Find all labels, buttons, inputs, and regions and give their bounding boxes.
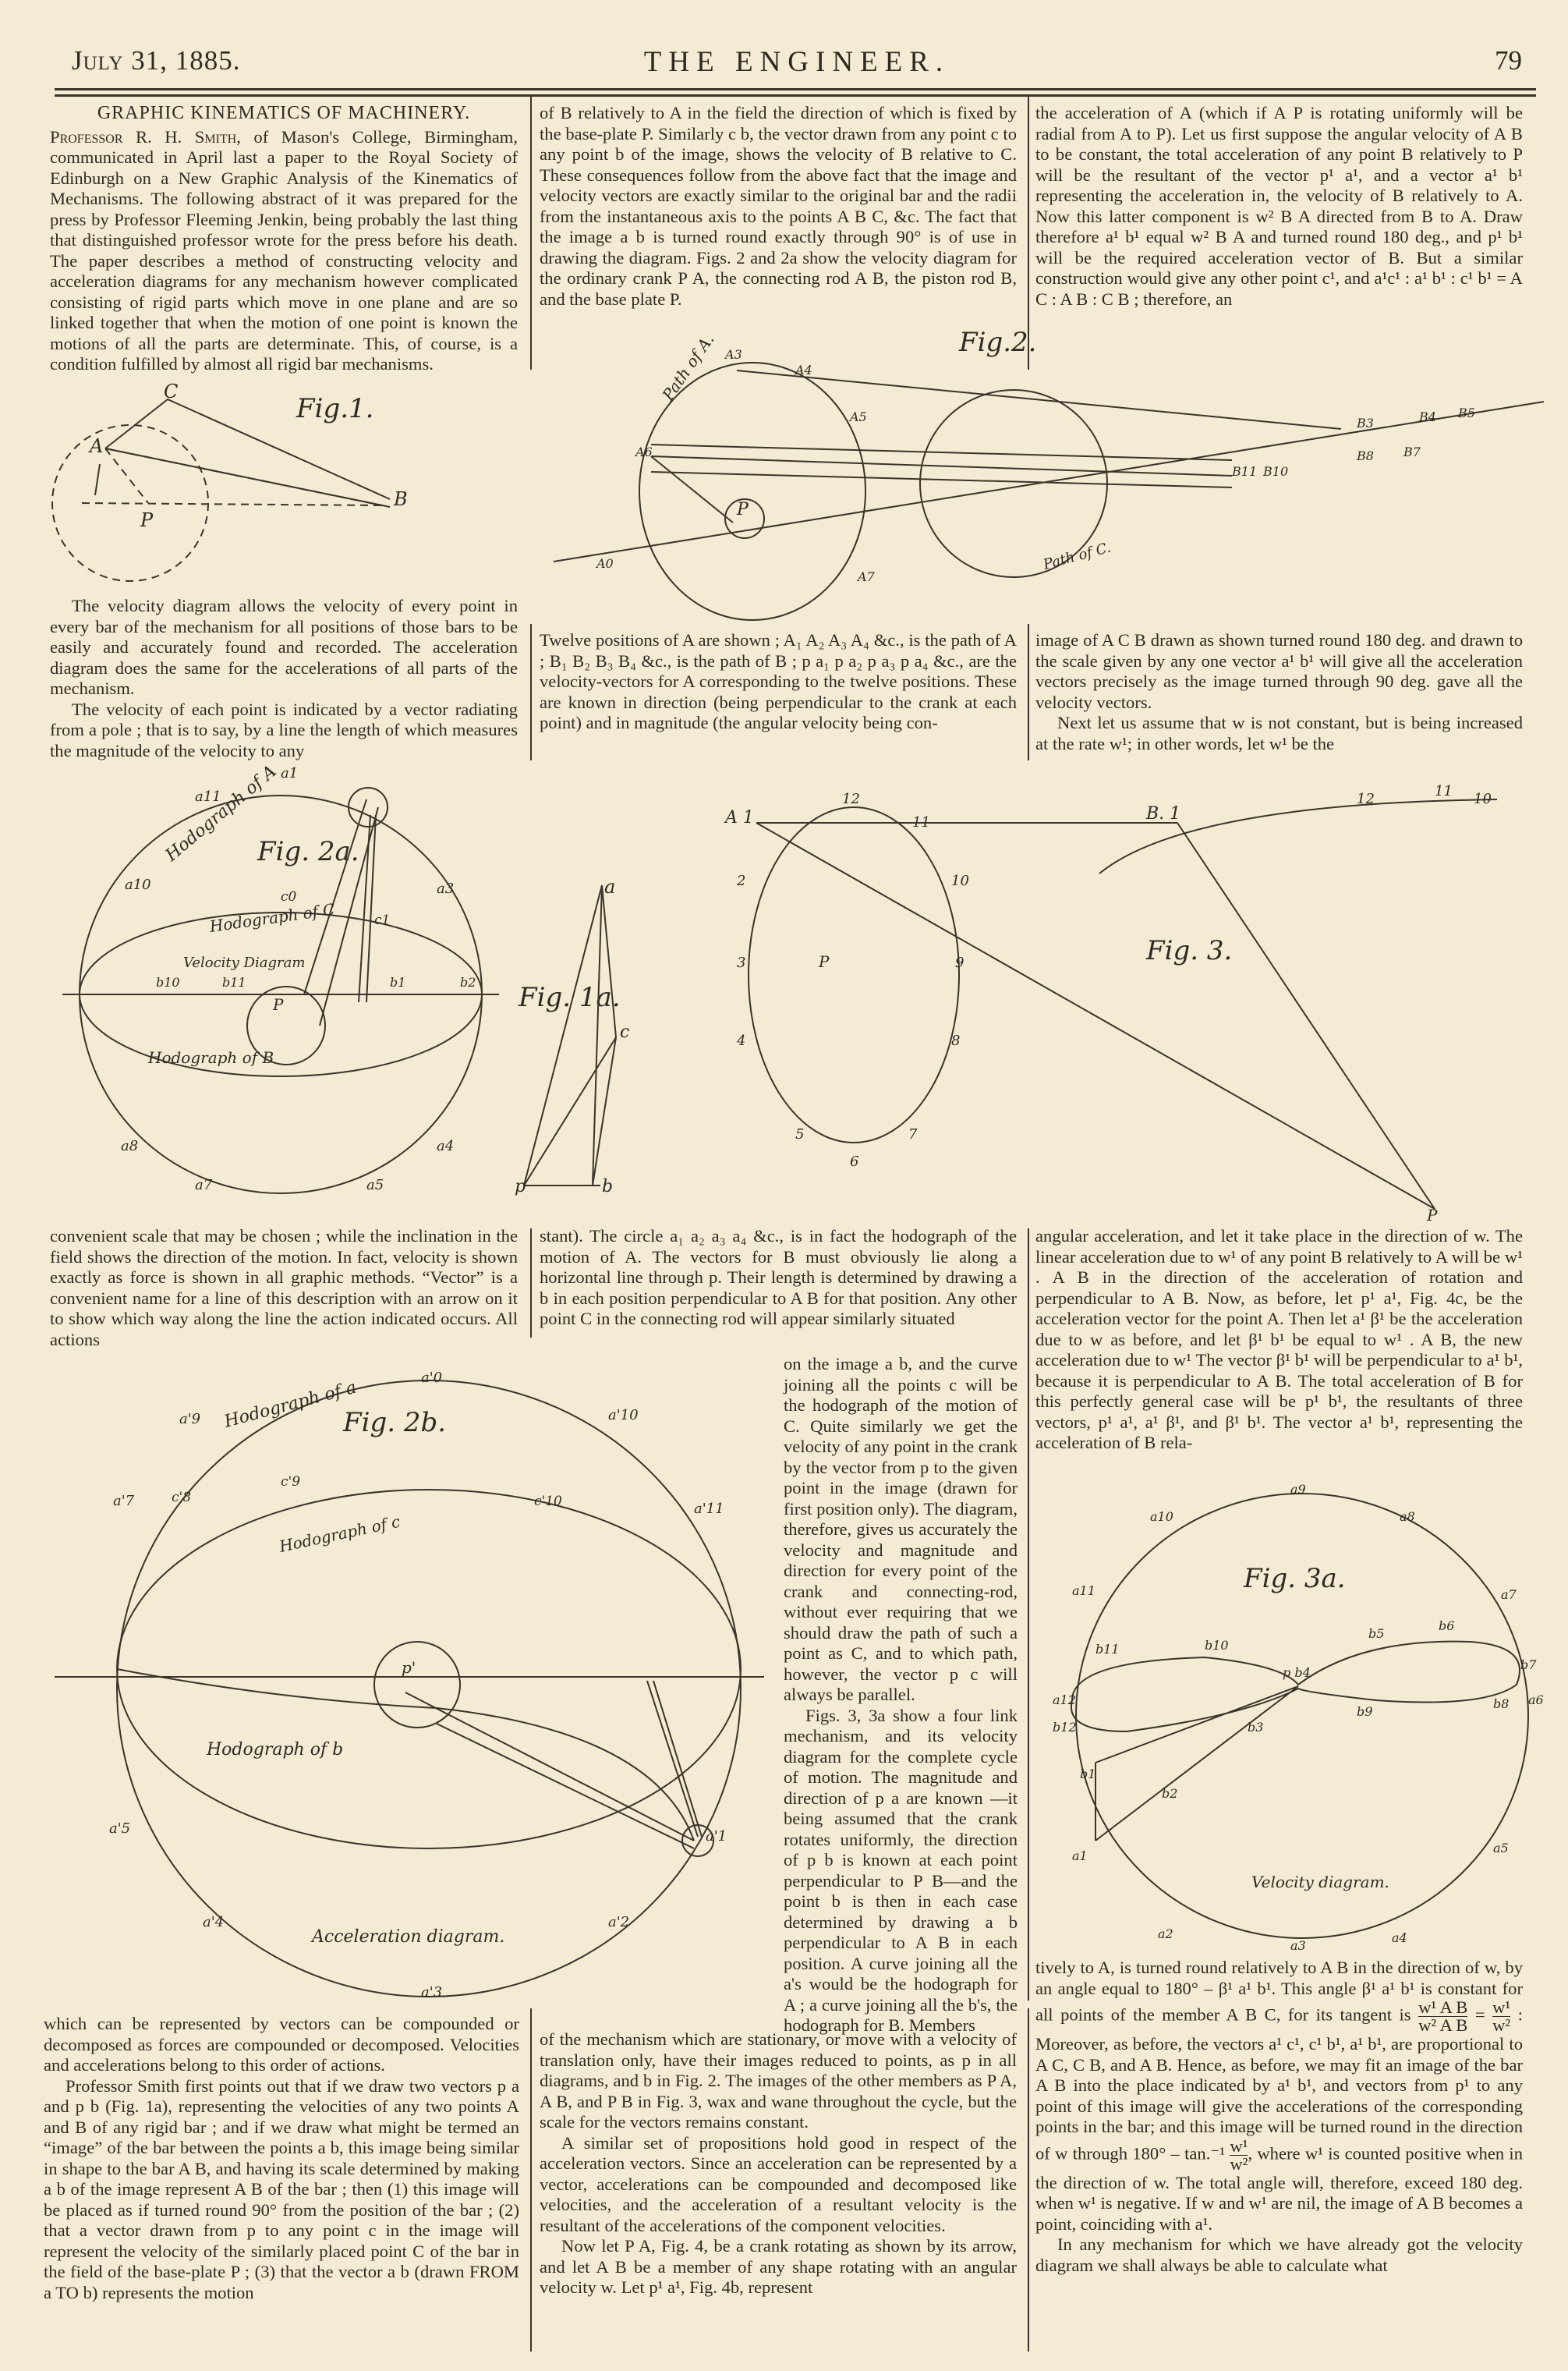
- column-divider: [1028, 2008, 1029, 2352]
- paragraph: on the image a b, and the curve joining …: [784, 1354, 1018, 1706]
- svg-text:Hodograph of C: Hodograph of C: [207, 900, 336, 936]
- svg-text:b2: b2: [1162, 1786, 1177, 1801]
- paragraph: image of A C B drawn as shown turned rou…: [1035, 630, 1523, 713]
- svg-text:a8: a8: [121, 1138, 138, 1154]
- article-col2-top: of B relatively to A in the field the di…: [540, 103, 1017, 310]
- paragraph: A similar set of propositions hold good …: [540, 2133, 1017, 2237]
- article-col3-bottom: tively to A, is turned round relatively …: [1035, 1958, 1523, 2276]
- svg-text:b10: b10: [1205, 1638, 1229, 1653]
- svg-text:4: 4: [736, 1033, 745, 1049]
- svg-text:b10: b10: [156, 975, 180, 990]
- svg-text:a'3: a'3: [421, 1984, 442, 2001]
- svg-text:b11: b11: [1095, 1642, 1120, 1657]
- paragraph: convenient scale that may be chosen ; wh…: [50, 1226, 518, 1350]
- column-divider: [530, 97, 532, 370]
- figure-2: Fig.2. Path of A. Path of C. P A0 A6 A3 …: [546, 312, 1559, 624]
- svg-text:a7: a7: [195, 1177, 213, 1193]
- svg-text:Velocity diagram.: Velocity diagram.: [1251, 1873, 1389, 1891]
- svg-text:7: 7: [908, 1126, 918, 1143]
- svg-text:P: P: [818, 952, 830, 971]
- article-col3-top: the acceleration of A (which if A P is r…: [1035, 103, 1523, 310]
- svg-text:P: P: [736, 500, 749, 519]
- svg-text:a6: a6: [1528, 1692, 1544, 1707]
- svg-text:Velocity Diagram: Velocity Diagram: [183, 955, 305, 971]
- svg-text:p': p': [402, 1658, 416, 1677]
- svg-text:9: 9: [955, 955, 964, 971]
- svg-text:c1: c1: [374, 913, 390, 928]
- svg-text:a1: a1: [1072, 1848, 1088, 1863]
- paragraph: which can be represented by vectors can …: [44, 2014, 519, 2076]
- svg-text:8: 8: [951, 1033, 960, 1049]
- figure-title: Fig.2.: [958, 327, 1036, 358]
- article-col1-bottom: which can be represented by vectors can …: [44, 2014, 519, 2303]
- svg-text:a'1: a'1: [706, 1828, 727, 1845]
- hodograph-c-prime: [117, 1490, 741, 1848]
- paragraph: the acceleration of A (which if A P is r…: [1035, 103, 1523, 310]
- svg-text:b1: b1: [1080, 1767, 1095, 1781]
- figure-3: Fig. 3. A 1 B. 1 P P 12 11 10 9 8 7 6 5 …: [639, 788, 1567, 1224]
- header-rule-bottom: [55, 94, 1536, 97]
- svg-text:b1: b1: [390, 975, 405, 990]
- svg-text:11: 11: [912, 814, 930, 831]
- article-col3-mid: image of A C B drawn as shown turned rou…: [1035, 630, 1523, 754]
- svg-text:B: B: [393, 488, 408, 510]
- svg-text:A5: A5: [848, 409, 867, 424]
- paragraph: stant). The circle a₁ a₂ a₃ a₄ &c., is i…: [540, 1226, 1017, 1330]
- svg-text:b12: b12: [1053, 1720, 1077, 1735]
- svg-text:b6: b6: [1439, 1618, 1454, 1633]
- svg-text:b2: b2: [460, 975, 476, 990]
- svg-text:a7: a7: [1501, 1587, 1517, 1602]
- fraction: w¹w²: [1492, 1999, 1510, 2034]
- rotation-arrow-icon: [95, 464, 100, 495]
- svg-text:b5: b5: [1368, 1626, 1384, 1641]
- paragraph: Figs. 3, 3a show a four link mechanism, …: [784, 1706, 1018, 2036]
- svg-text:Hodograph of b: Hodograph of b: [206, 1740, 343, 1760]
- paragraph: Twelve positions of A are shown ; A₁ A₂ …: [540, 630, 1017, 734]
- svg-text:Path of C.: Path of C.: [1041, 540, 1113, 573]
- svg-text:2: 2: [736, 873, 745, 889]
- svg-text:A6: A6: [634, 445, 653, 459]
- svg-text:Path of A.: Path of A.: [658, 331, 718, 405]
- svg-text:B7: B7: [1403, 445, 1421, 459]
- svg-text:A 1: A 1: [724, 808, 754, 828]
- svg-text:P: P: [1426, 1206, 1438, 1224]
- svg-text:a'2: a'2: [608, 1914, 629, 1930]
- figure-2b: Fig. 2b. Hodograph of a Hodograph of c H…: [47, 1373, 772, 2004]
- svg-text:12: 12: [1357, 791, 1375, 807]
- svg-text:10: 10: [951, 873, 969, 889]
- svg-text:A: A: [88, 435, 103, 457]
- svg-text:a'10: a'10: [608, 1407, 639, 1423]
- hodograph-a-prime: [117, 1380, 741, 1997]
- svg-text:B3: B3: [1356, 416, 1374, 431]
- svg-text:A7: A7: [856, 569, 876, 584]
- svg-text:a'7: a'7: [113, 1493, 135, 1509]
- column-divider: [1028, 1228, 1029, 2001]
- svg-text:C: C: [164, 381, 178, 402]
- paragraph: tively to A, is turned round relatively …: [1035, 1958, 1523, 2235]
- svg-text:c0: c0: [281, 889, 297, 905]
- figure-title: Fig. 3.: [1145, 935, 1232, 966]
- svg-text:B5: B5: [1457, 406, 1475, 420]
- svg-text:Hodograph of B: Hodograph of B: [147, 1048, 274, 1067]
- column-divider: [530, 2008, 532, 2352]
- header-rule-top: [55, 88, 1536, 90]
- article-col2-low: stant). The circle a₁ a₂ a₃ a₄ &c., is i…: [540, 1226, 1017, 1330]
- column-divider: [530, 624, 532, 760]
- figure-2a: Fig. 2a. Hodograph of A Hodograph of C V…: [47, 768, 515, 1205]
- svg-text:Hodograph of c: Hodograph of c: [277, 1512, 402, 1556]
- svg-text:a3: a3: [1290, 1938, 1306, 1953]
- svg-text:c: c: [620, 1022, 629, 1042]
- svg-text:A4: A4: [794, 363, 812, 377]
- svg-text:a9: a9: [1290, 1482, 1306, 1497]
- article-col1-low: convenient scale that may be chosen ; wh…: [50, 1226, 518, 1350]
- fraction: w¹ A Bw² A B: [1418, 1999, 1467, 2034]
- svg-text:a'0: a'0: [421, 1370, 442, 1386]
- crank-path-circle: [52, 425, 208, 581]
- hodograph-a-circle: [1076, 1494, 1528, 1938]
- svg-text:a5: a5: [1493, 1841, 1509, 1855]
- svg-text:b3: b3: [1248, 1720, 1263, 1735]
- paragraph: of the mechanism which are stationary, o…: [540, 2029, 1017, 2133]
- paragraph: Professor Smith first points out that if…: [44, 2076, 519, 2304]
- svg-text:a'9: a'9: [179, 1411, 200, 1427]
- crank-path: [749, 807, 959, 1143]
- article-col2-mid: Twelve positions of A are shown ; A₁ A₂ …: [540, 630, 1017, 734]
- publication-title: THE ENGINEER.: [72, 45, 1522, 79]
- article-col1-mid: The velocity diagram allows the velocity…: [50, 596, 518, 761]
- svg-text:a8: a8: [1400, 1509, 1415, 1524]
- figure-title: Fig. 1a.: [518, 982, 621, 1013]
- svg-text:B. 1: B. 1: [1145, 804, 1180, 824]
- paragraph: The velocity diagram allows the velocity…: [50, 596, 518, 700]
- figure-1: Fig.1. C A B P: [47, 382, 530, 585]
- svg-text:b8: b8: [1493, 1696, 1509, 1711]
- svg-text:a2: a2: [1158, 1926, 1173, 1941]
- svg-text:10: 10: [1474, 791, 1492, 807]
- svg-text:a4: a4: [437, 1138, 454, 1154]
- paragraph: Now let P A, Fig. 4, be a crank rotating…: [540, 2236, 1017, 2298]
- svg-text:A0: A0: [595, 556, 614, 571]
- svg-text:b7: b7: [1520, 1657, 1537, 1672]
- figure-title: Fig. 2a.: [257, 836, 359, 867]
- svg-text:a'5: a'5: [109, 1820, 130, 1837]
- svg-text:b11: b11: [222, 975, 246, 990]
- article-col3-low: angular acceleration, and let it take pl…: [1035, 1226, 1523, 1454]
- fraction: w¹w²: [1230, 2138, 1248, 2173]
- svg-text:Hodograph of a: Hodograph of a: [221, 1378, 359, 1432]
- svg-text:b9: b9: [1357, 1704, 1372, 1719]
- svg-text:B8: B8: [1356, 448, 1374, 463]
- svg-text:B4: B4: [1418, 409, 1436, 424]
- paragraph: Professor R. H. Smith, of Mason's Colleg…: [50, 127, 518, 375]
- article-col2-wrap: on the image a b, and the curve joining …: [784, 1354, 1018, 2036]
- svg-text:P: P: [140, 509, 154, 531]
- svg-text:b: b: [602, 1177, 613, 1196]
- svg-text:a1: a1: [281, 765, 298, 781]
- figure-title: Fig. 2b.: [342, 1407, 446, 1438]
- svg-text:a: a: [604, 876, 615, 898]
- svg-text:11: 11: [1435, 783, 1453, 799]
- svg-text:a10: a10: [1150, 1509, 1173, 1524]
- column-divider: [1028, 624, 1029, 760]
- svg-text:a5: a5: [366, 1177, 384, 1193]
- paragraph: Next let us assume that w is not constan…: [1035, 713, 1523, 754]
- svg-text:3: 3: [737, 955, 745, 971]
- svg-text:p: p: [515, 1177, 526, 1196]
- article-col2-bottom: of the mechanism which are stationary, o…: [540, 2029, 1017, 2298]
- svg-text:B10: B10: [1262, 464, 1288, 479]
- svg-text:12: 12: [842, 791, 860, 807]
- svg-text:A3: A3: [724, 347, 742, 362]
- svg-text:a4: a4: [1392, 1930, 1407, 1945]
- article-title: GRAPHIC KINEMATICS OF MACHINERY.: [50, 103, 518, 124]
- article-col1-top: GRAPHIC KINEMATICS OF MACHINERY. Profess…: [50, 103, 518, 375]
- svg-text:B11: B11: [1231, 464, 1257, 479]
- svg-text:a'11: a'11: [694, 1501, 724, 1517]
- svg-text:a'4: a'4: [203, 1914, 224, 1930]
- svg-text:Acceleration diagram.: Acceleration diagram.: [310, 1927, 504, 1947]
- svg-text:c'10: c'10: [534, 1494, 562, 1509]
- svg-text:a11: a11: [195, 789, 221, 805]
- figure-3a: Fig. 3a. Velocity diagram. a9 a10 a8 a11…: [1049, 1482, 1563, 1950]
- paragraph: The velocity of each point is indicated …: [50, 700, 518, 762]
- svg-text:5: 5: [795, 1126, 804, 1143]
- svg-text:c'9: c'9: [281, 1474, 300, 1490]
- svg-text:a3: a3: [437, 881, 454, 897]
- paragraph: In any mechanism for which we have alrea…: [1035, 2235, 1523, 2276]
- svg-text:6: 6: [850, 1154, 858, 1170]
- svg-text:a11: a11: [1072, 1583, 1095, 1598]
- paragraph: angular acceleration, and let it take pl…: [1035, 1226, 1523, 1454]
- svg-text:c'8: c'8: [172, 1490, 191, 1505]
- paragraph: of B relatively to A in the field the di…: [540, 103, 1017, 310]
- figure-title: Fig.1.: [296, 393, 373, 424]
- svg-text:a10: a10: [125, 877, 151, 893]
- page-number: 79: [1495, 45, 1522, 76]
- svg-text:p b4: p b4: [1283, 1665, 1311, 1680]
- svg-text:P: P: [272, 995, 284, 1014]
- figure-title: Fig. 3a.: [1243, 1563, 1346, 1594]
- column-divider: [530, 1228, 532, 1338]
- svg-text:a12: a12: [1053, 1692, 1076, 1707]
- masthead: July 31, 1885. THE ENGINEER. 79: [72, 45, 1522, 84]
